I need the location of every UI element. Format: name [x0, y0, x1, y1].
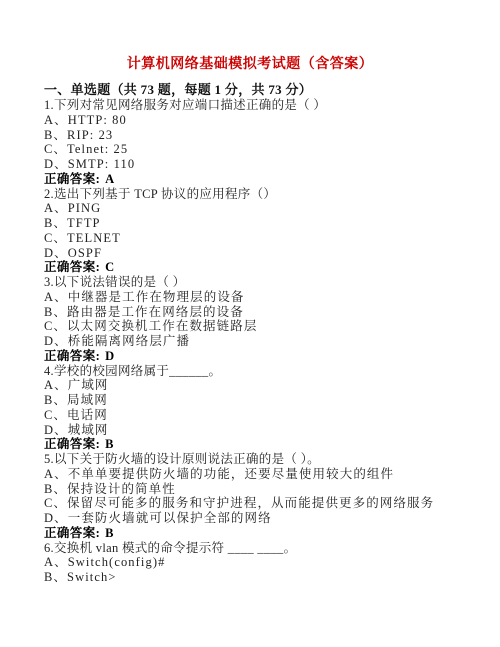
question-block-2: 2.选出下列基于 TCP 协议的应用程序（） A、PING B、TFTP C、T…	[44, 187, 478, 276]
question-block-5: 5.以下关于防火墙的设计原则说法正确的是（ ）。 A、不单单要提供防火墙的功能，…	[44, 452, 478, 541]
section-heading: 一、单选题（共 73 题，每题 1 分，共 73 分）	[44, 82, 478, 98]
answer-line: 正确答案:B	[44, 526, 478, 541]
option-a: A、广域网	[44, 378, 478, 393]
option-b: B、保持设计的简单性	[44, 482, 478, 497]
answer-line: 正确答案:B	[44, 437, 478, 452]
document-content: 一、单选题（共 73 题，每题 1 分，共 73 分） 1.下列对常见网络服务对…	[44, 82, 478, 585]
page-title: 计算机网络基础模拟考试题（含答案）	[20, 55, 480, 75]
answer-line: 正确答案:A	[44, 172, 478, 187]
option-d: D、桥能隔离网络层广播	[44, 334, 478, 349]
answer-line: 正确答案:D	[44, 349, 478, 364]
document-page: 计算机网络基础模拟考试题（含答案） 一、单选题（共 73 题，每题 1 分，共 …	[0, 0, 500, 585]
option-a: A、不单单要提供防火墙的功能，还要尽量使用较大的组件	[44, 467, 478, 482]
answer-letter: D	[105, 349, 114, 363]
option-a: A、PING	[44, 201, 478, 216]
option-c: C、TELNET	[44, 231, 478, 246]
answer-letter: B	[105, 437, 114, 451]
question-block-4: 4.学校的校园网络属于______。 A、广域网 B、局域网 C、电话网 D、城…	[44, 364, 478, 453]
option-c: C、以太网交换机工作在数据链路层	[44, 319, 478, 334]
question-text: 5.以下关于防火墙的设计原则说法正确的是（ ）。	[44, 452, 478, 467]
option-c: C、保留尽可能多的服务和守护进程，从而能提供更多的网络服务	[44, 496, 478, 511]
option-a: A、Switch(config)#	[44, 555, 478, 570]
answer-label: 正确答案:	[44, 437, 100, 451]
option-c: C、Telnet: 25	[44, 142, 478, 157]
option-b: B、RIP: 23	[44, 128, 478, 143]
answer-label: 正确答案:	[44, 172, 100, 186]
option-b: B、Switch>	[44, 570, 478, 585]
option-d: D、OSPF	[44, 246, 478, 261]
question-block-6: 6.交换机 vlan 模式的命令提示符 ____ ____。 A、Switch(…	[44, 541, 478, 585]
question-block-1: 1.下列对常见网络服务对应端口描述正确的是（ ） A、HTTP: 80 B、RI…	[44, 98, 478, 187]
answer-label: 正确答案:	[44, 349, 100, 363]
option-b: B、局域网	[44, 393, 478, 408]
answer-line: 正确答案:C	[44, 260, 478, 275]
option-a: A、中继器是工作在物理层的设备	[44, 290, 478, 305]
answer-label: 正确答案:	[44, 260, 100, 274]
option-b: B、TFTP	[44, 216, 478, 231]
answer-letter: A	[105, 172, 114, 186]
question-text: 3.以下说法错误的是（ ）	[44, 275, 478, 290]
question-text: 2.选出下列基于 TCP 协议的应用程序（）	[44, 187, 478, 202]
answer-letter: C	[105, 260, 114, 274]
question-text: 1.下列对常见网络服务对应端口描述正确的是（ ）	[44, 98, 478, 113]
option-d: D、城域网	[44, 423, 478, 438]
option-c: C、电话网	[44, 408, 478, 423]
answer-label: 正确答案:	[44, 526, 100, 540]
option-d: D、一套防火墙就可以保护全部的网络	[44, 511, 478, 526]
question-text: 4.学校的校园网络属于______。	[44, 364, 478, 379]
question-block-3: 3.以下说法错误的是（ ） A、中继器是工作在物理层的设备 B、路由器是工作在网…	[44, 275, 478, 364]
option-b: B、路由器是工作在网络层的设备	[44, 305, 478, 320]
question-text: 6.交换机 vlan 模式的命令提示符 ____ ____。	[44, 541, 478, 556]
answer-letter: B	[105, 526, 114, 540]
option-a: A、HTTP: 80	[44, 113, 478, 128]
option-d: D、SMTP: 110	[44, 157, 478, 172]
